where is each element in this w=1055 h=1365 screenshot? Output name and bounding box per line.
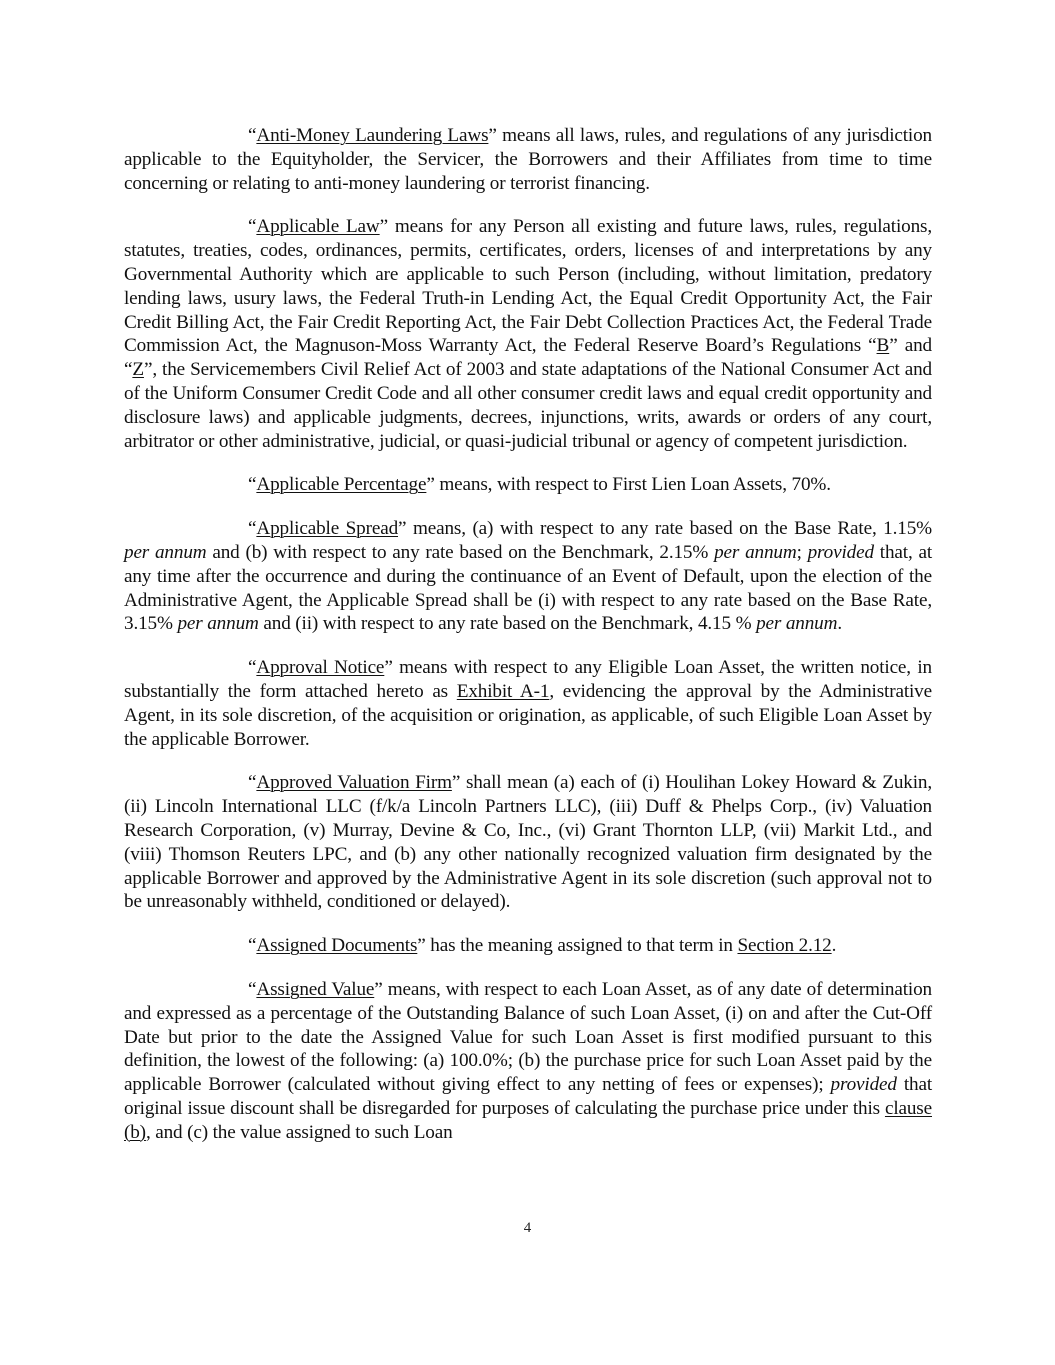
defined-term: Applicable Percentage: [256, 474, 426, 495]
defined-term: Anti-Money Laundering Laws: [256, 125, 488, 146]
italic-text: per annum: [756, 613, 837, 634]
document-page: “Anti-Money Laundering Laws” means all l…: [124, 124, 932, 1144]
italic-text: per annum: [177, 613, 258, 634]
text-segment: ” means, (a) with respect to any rate ba…: [398, 518, 932, 539]
text-segment: ” has the meaning assigned to that term …: [417, 935, 737, 956]
italic-text: per annum: [124, 542, 206, 563]
text-segment: ;: [797, 542, 808, 563]
italic-text: provided: [808, 542, 874, 563]
definition-paragraph: “Approved Valuation Firm” shall mean (a)…: [124, 771, 932, 914]
text-segment: .: [837, 613, 842, 634]
defined-term: Applicable Spread: [256, 518, 398, 539]
definition-paragraph: “Applicable Law” means for any Person al…: [124, 215, 932, 453]
text-segment: ” shall mean (a) each of (i) Houlihan Lo…: [124, 772, 932, 912]
defined-term: Assigned Value: [256, 979, 374, 1000]
defined-term: Approved Valuation Firm: [256, 772, 452, 793]
defined-term: Applicable Law: [256, 216, 379, 237]
definition-paragraph: “Assigned Value” means, with respect to …: [124, 978, 932, 1145]
italic-text: per annum: [714, 542, 796, 563]
text-segment: and (ii) with respect to any rate based …: [259, 613, 756, 634]
cross-reference: Exhibit A-1: [457, 681, 550, 702]
text-segment: ” means all laws, rules, and regulations…: [124, 125, 932, 194]
definition-paragraph: “Applicable Percentage” means, with resp…: [124, 473, 932, 497]
defined-term: Approval Notice: [256, 657, 384, 678]
definition-paragraph: “Applicable Spread” means, (a) with resp…: [124, 517, 932, 636]
text-segment: .: [832, 935, 837, 956]
italic-text: provided: [831, 1074, 897, 1095]
text-segment: ” means for any Person all existing and …: [124, 216, 932, 356]
definition-paragraph: “Anti-Money Laundering Laws” means all l…: [124, 124, 932, 195]
defined-term: Assigned Documents: [256, 935, 417, 956]
cross-reference: B: [877, 335, 890, 356]
cross-reference: Section 2.12: [737, 935, 831, 956]
text-segment: ” means, with respect to each Loan Asset…: [124, 979, 932, 1095]
text-segment: ” means, with respect to First Lien Loan…: [426, 474, 831, 495]
text-segment: ”, the Servicemembers Civil Relief Act o…: [124, 359, 932, 451]
page-number: 4: [0, 1220, 1055, 1237]
text-segment: , and (c) the value assigned to such Loa…: [146, 1122, 453, 1143]
text-segment: and (b) with respect to any rate based o…: [206, 542, 714, 563]
definition-paragraph: “Assigned Documents” has the meaning ass…: [124, 934, 932, 958]
definition-paragraph: “Approval Notice” means with respect to …: [124, 656, 932, 751]
cross-reference: Z: [132, 359, 144, 380]
